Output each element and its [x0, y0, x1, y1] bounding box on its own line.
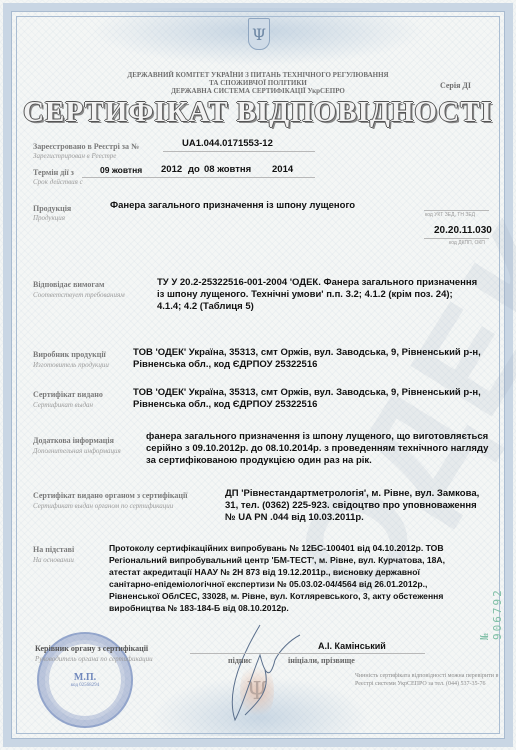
- gov-line: ДЕРЖАВНА СИСТЕМА СЕРТИФІКАЦІЇ УкрСЕПРО: [80, 87, 436, 95]
- basis-text: Протоколу сертифікаційних випробувань № …: [109, 542, 445, 614]
- requirements-label-ru: Соответствует требованиям: [33, 291, 125, 299]
- issuing-body-label-ru: Сертификат выдан органом по сертификации: [33, 502, 173, 510]
- valid-from-year: 2012: [161, 164, 182, 176]
- text-line: за сертифікованою продукцією один раз на…: [146, 455, 488, 467]
- gov-line: ТА СПОЖИВЧОЇ ПОЛІТИКИ: [80, 79, 436, 87]
- series-label: Серія ДІ: [440, 81, 471, 90]
- text-line: Рівненська обл., код ЄДРПОУ 25322516: [133, 359, 481, 371]
- valid-to-date: 08 жовтня: [204, 164, 251, 176]
- validity-label: Термін дії з: [33, 168, 74, 177]
- requirements-label: Відповідає вимогам: [33, 280, 104, 289]
- requirements-text: ТУ У 20.2-25322516-001-2004 'ОДЕК. Фанер…: [157, 277, 477, 313]
- text-line: Регіональний випробувальний центр 'БМ-ТЕ…: [109, 554, 445, 566]
- underline: [163, 151, 315, 152]
- text-line: № UA PN .044 від 10.03.2011р.: [225, 512, 479, 524]
- manufacturer-label-ru: Изготовитель продукции: [33, 361, 109, 369]
- trident-icon: Ψ: [248, 18, 270, 50]
- valid-from-date: 09 жовтня: [100, 164, 142, 176]
- text-line: серійно з 09.10.2012р. до 08.10.2014р. з…: [146, 443, 488, 455]
- text-line: 4.1.4; 4.2 (Таблиця 5): [157, 301, 477, 313]
- verification-note: Чинність сертифіката відповідності можна…: [355, 672, 500, 688]
- document-title: СЕРТИФІКАТ ВІДПОВІДНОСТІ: [0, 96, 516, 129]
- additional-info-text: фанера загального призначення із шпону л…: [146, 431, 488, 467]
- basis-label-ru: На основании: [33, 556, 74, 564]
- product-label-ru: Продукция: [33, 214, 65, 222]
- registered-label-ru: Зарегистрирован в Реестре: [33, 152, 116, 160]
- text-line: ТОВ 'ОДЕК' Україна, 35313, смт Оржів, ву…: [133, 347, 481, 359]
- signature-icon: [215, 620, 305, 730]
- seal-text: М.П.: [74, 672, 96, 683]
- text-line: із шпону лущеного. Технічні умови' п.п. …: [157, 289, 477, 301]
- validity-label-ru: Срок действия с: [33, 178, 83, 186]
- manufacturer-label: Виробник продукції: [33, 350, 106, 359]
- name-label: ініціали, прізвище: [288, 656, 355, 665]
- registration-number: UA1.044.0171553-12: [182, 138, 273, 150]
- text-line: ТОВ 'ОДЕК' Україна, 35313, смт Оржів, ву…: [133, 387, 481, 399]
- text-line: фанера загального призначення із шпону л…: [146, 431, 488, 443]
- text-line: атестат акредитації НААУ № 2Н 873 від 19…: [109, 566, 445, 578]
- issuing-authority-header: ДЕРЖАВНИЙ КОМІТЕТ УКРАЇНИ З ПИТАНЬ ТЕХНІ…: [80, 71, 436, 95]
- underline: [424, 238, 489, 239]
- issuing-body-label: Сертифікат видано органом з сертифікації: [33, 491, 187, 500]
- additional-info-label-ru: Дополнительная информация: [33, 447, 121, 455]
- underline: [82, 177, 315, 178]
- signer-name: А.І. Камінський: [318, 640, 386, 652]
- text-line: санітарно-епідеміологічної експертизи № …: [109, 578, 445, 590]
- issued-to-label-ru: Сертификат выдан: [33, 401, 93, 409]
- text-line: Рівненська обл., код ЄДРПОУ 25322516: [133, 399, 481, 411]
- signature-line: [190, 653, 425, 654]
- head-label-ru: Руководитель органа по сертификации: [35, 655, 153, 663]
- registered-label: Зареєстровано в Реєстрі за №: [33, 142, 139, 151]
- underline: [424, 210, 489, 211]
- text-line: Рівненської ОблСЕС, 33028, м. Рівне, вул…: [109, 590, 445, 602]
- text-line: ТУ У 20.2-25322516-001-2004 'ОДЕК. Фанер…: [157, 277, 477, 289]
- text-line: ДП 'Рівнестандартметрологія', м. Рівне, …: [225, 488, 479, 500]
- signature-label: підпис: [228, 656, 252, 665]
- text-line: Протоколу сертифікаційних випробувань № …: [109, 542, 445, 554]
- basis-label: На підставі: [33, 545, 74, 554]
- product-name: Фанера загального призначення із шпону л…: [110, 200, 355, 212]
- text-line: 31, тел. (0362) 225-923. свідоцтво про у…: [225, 500, 479, 512]
- valid-to-word: до: [188, 164, 200, 176]
- code-label-top: код УКТ ЗЕД, ТН ЗЕД: [425, 212, 475, 218]
- text-line: виробництва № 183-184-Б від 08.10.2012р.: [109, 602, 445, 614]
- head-label: Керівник органу з сертифікації: [35, 644, 148, 653]
- seal-code: код 02568294: [71, 683, 99, 688]
- valid-to-year: 2014: [272, 164, 293, 176]
- code-label-bottom: код ДКПП, ОКП: [449, 240, 485, 246]
- additional-info-label: Додаткова інформація: [33, 436, 114, 445]
- gov-line: ДЕРЖАВНИЙ КОМІТЕТ УКРАЇНИ З ПИТАНЬ ТЕХНІ…: [80, 71, 436, 79]
- issuing-body-text: ДП 'Рівнестандартметрологія', м. Рівне, …: [225, 488, 479, 524]
- certificate-sheet: Ψ Ψ ОДЕК ДЕРЖАВНИЙ КОМІТЕТ УКРАЇНИ З ПИТ…: [0, 0, 516, 750]
- serial-number: № 906792: [478, 588, 504, 640]
- issued-to-label: Сертифікат видано: [33, 390, 103, 399]
- issued-to-text: ТОВ 'ОДЕК' Україна, 35313, смт Оржів, ву…: [133, 387, 481, 411]
- product-label: Продукція: [33, 204, 71, 213]
- manufacturer-text: ТОВ 'ОДЕК' Україна, 35313, смт Оржів, ву…: [133, 347, 481, 371]
- product-code: 20.20.11.030: [434, 225, 492, 237]
